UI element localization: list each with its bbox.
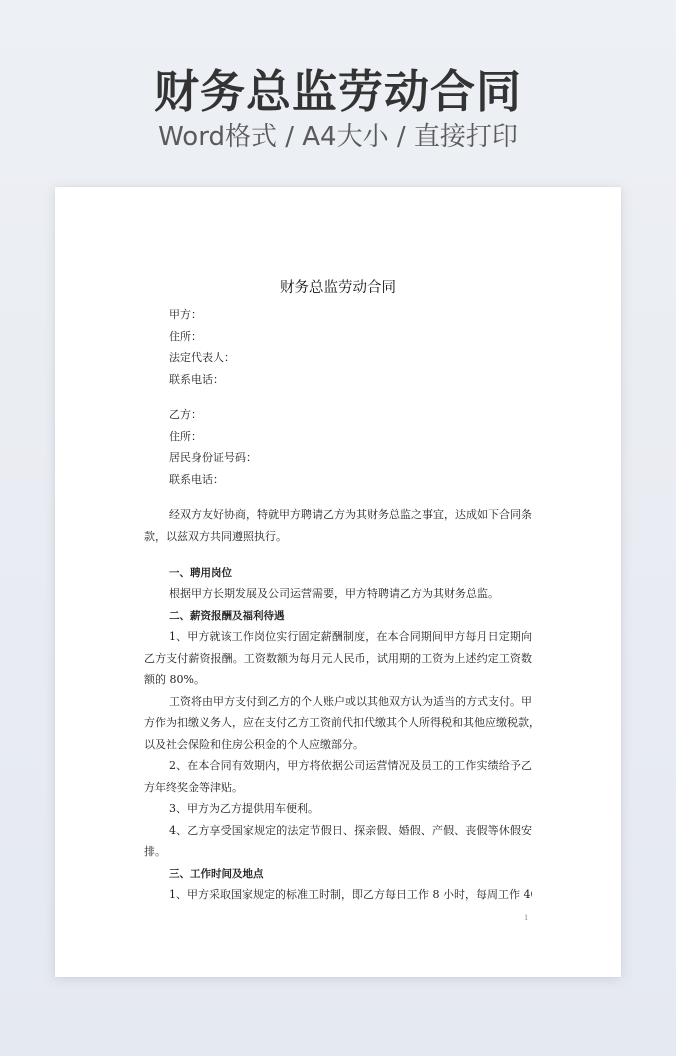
paragraph-line: 工资将由甲方支付到乙方的个人账户或以其他双方认为适当的方式支付。甲 <box>169 695 532 709</box>
paragraph-line: 1、甲方采取国家规定的标准工时制，即乙方每日工作 8 小时，每周工作 40 <box>169 888 532 902</box>
banner-title: 财务总监劳动合同 <box>0 64 676 120</box>
party-a-legal-rep-label: 法定代表人： <box>169 351 235 365</box>
paragraph-line: 2、在本合同有效期内，甲方将依据公司运营情况及员工的工作实绩给予乙 <box>169 759 532 773</box>
party-a-name-label: 甲方： <box>169 308 202 322</box>
section-heading: 三、工作时间及地点 <box>169 867 264 881</box>
page-number: 1 <box>524 914 528 922</box>
preamble-line: 款，以兹双方共同遵照执行。 <box>144 530 287 544</box>
document-page: 财务总监劳动合同 甲方： 住所： 法定代表人： 联系电话： 乙方： 住所： 居民… <box>55 187 621 977</box>
paragraph-line: 根据甲方长期发展及公司运营需要，甲方特聘请乙方为其财务总监。 <box>169 587 499 601</box>
paragraph-line: 方作为扣缴义务人，应在支付乙方工资前代扣代缴其个人所得税和其他应缴税款， <box>144 716 532 730</box>
section-heading: 二、薪资报酬及福利待遇 <box>169 609 285 623</box>
party-b-phone-label: 联系电话： <box>169 473 224 487</box>
paragraph-line: 方年终奖金等津贴。 <box>144 781 243 795</box>
paragraph-line: 4、乙方享受国家规定的法定节假日、探亲假、婚假、产假、丧假等休假安 <box>169 824 532 838</box>
party-b-name-label: 乙方： <box>169 408 202 422</box>
party-b-id-label: 居民身份证号码： <box>169 451 257 465</box>
paragraph-line: 3、甲方为乙方提供用车便利。 <box>169 802 319 816</box>
banner-subtitle: Word格式 / A4大小 / 直接打印 <box>0 120 676 154</box>
paragraph-line: 乙方支付薪资报酬。工资数额为每月元人民币，试用期的工资为上述约定工资数 <box>144 652 532 666</box>
paragraph-line: 以及社会保险和住房公积金的个人应缴部分。 <box>144 738 364 752</box>
paragraph-line: 1、甲方就该工作岗位实行固定薪酬制度，在本合同期间甲方每月日定期向 <box>169 630 532 644</box>
party-b-address-label: 住所： <box>169 430 202 444</box>
document-body: 财务总监劳动合同 甲方： 住所： 法定代表人： 联系电话： 乙方： 住所： 居民… <box>55 187 621 977</box>
paragraph-line: 额的 80%。 <box>144 673 205 687</box>
paragraph-line: 排。 <box>144 845 166 859</box>
document-title: 财务总监劳动合同 <box>55 276 621 297</box>
party-a-address-label: 住所： <box>169 330 202 344</box>
preamble-line: 经双方友好协商，特就甲方聘请乙方为其财务总监之事宜，达成如下合同条 <box>169 508 532 522</box>
section-heading: 一、聘用岗位 <box>169 566 232 580</box>
party-a-phone-label: 联系电话： <box>169 373 224 387</box>
